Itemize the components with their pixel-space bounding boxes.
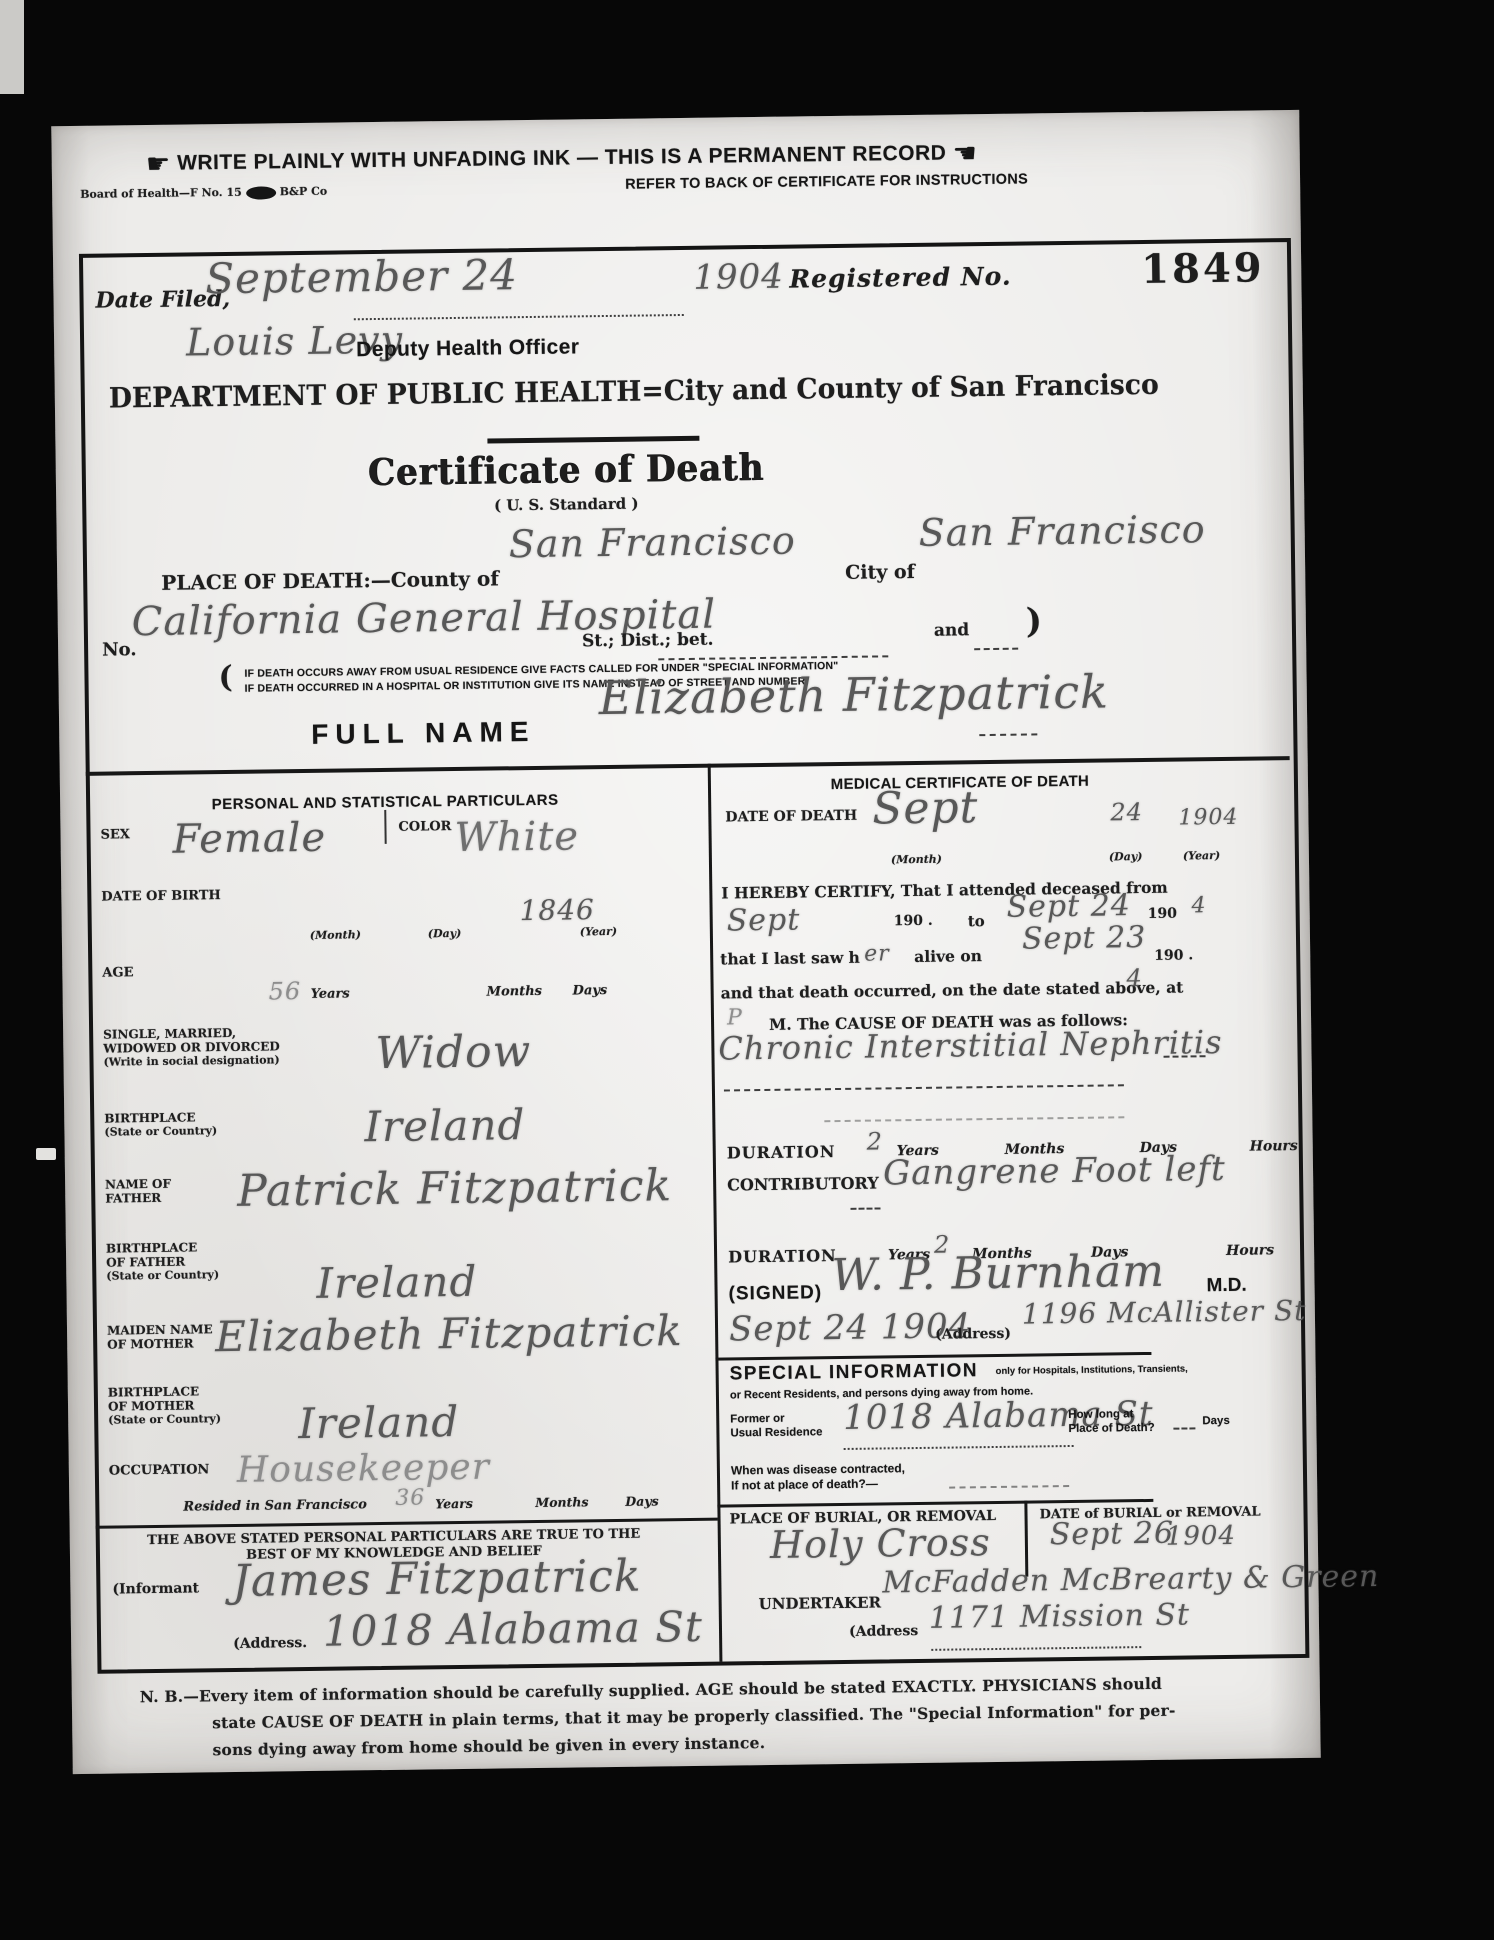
- father-name-label-line1: NAME OF: [105, 1177, 171, 1192]
- nb-footnote-line3: sons dying away from home should be give…: [212, 1733, 765, 1759]
- scanned-certificate-photo: ☛ WRITE PLAINLY WITH UNFADING INK — THIS…: [0, 0, 1494, 1940]
- sex-label: SEX: [100, 827, 130, 842]
- attended-to-year-hand: 4: [1191, 893, 1206, 918]
- refer-note: REFER TO BACK OF CERTIFICATE FOR INSTRUC…: [608, 171, 1028, 192]
- age-value: 56: [268, 977, 301, 1005]
- undertaker-address-value: 1171 Mission St: [929, 1597, 1191, 1635]
- film-edge-mark: [36, 1148, 56, 1160]
- attended-from-year: 190 .: [894, 913, 933, 930]
- last-saw-value: Sept 23: [1022, 920, 1147, 957]
- pointing-hand-left-icon: ☚: [952, 138, 977, 169]
- attended-to-value: Sept 24: [1006, 888, 1131, 925]
- duration1-label: DURATION: [727, 1142, 836, 1162]
- date-of-death-label: DATE OF DEATH: [725, 808, 857, 826]
- informant-address-label: (Address.: [233, 1635, 307, 1652]
- disease-contracted-label-line1: When was disease contracted,: [731, 1461, 905, 1477]
- informant-address-value: 1018 Alabama St: [323, 1602, 703, 1656]
- dob-month-label: (Month): [310, 928, 361, 942]
- age-label: AGE: [102, 965, 133, 980]
- county-value: San Francisco: [508, 519, 796, 567]
- occupation-value: Housekeeper: [237, 1447, 491, 1491]
- signed-label: (SIGNED): [728, 1282, 822, 1305]
- last-saw-er: er: [864, 941, 890, 966]
- attended-to-year: 190: [1148, 906, 1177, 922]
- former-residence-label-line2: Usual Residence: [730, 1426, 822, 1439]
- color-value: White: [454, 813, 579, 861]
- death-hour-value: 4: [1126, 964, 1143, 992]
- attended-from-value: Sept: [726, 903, 800, 939]
- ampm-value: P: [727, 1005, 743, 1030]
- dod-month-label: (Month): [891, 853, 942, 867]
- attended-to-label: to: [968, 912, 985, 930]
- dod-year-label: (Year): [1183, 849, 1220, 862]
- mother-name-label-line2: OF MOTHER: [107, 1336, 193, 1351]
- dob-year-label: (Year): [580, 925, 617, 938]
- marital-value: Widow: [375, 1026, 531, 1079]
- officer-title: Deputy Health Officer: [356, 335, 579, 362]
- city-value: San Francisco: [918, 507, 1206, 555]
- father-bp-label-line2: OF FATHER: [106, 1255, 185, 1270]
- informant-value: James Fitzpatrick: [232, 1551, 642, 1607]
- occupation-label: OCCUPATION: [109, 1462, 210, 1478]
- mother-bp-subnote: (State or Country): [108, 1412, 221, 1426]
- note-open-paren: (: [218, 660, 233, 695]
- date-of-burial-year: 1904: [1166, 1521, 1237, 1552]
- full-name-value: Elizabeth Fitzpatrick: [598, 664, 1109, 725]
- date-of-burial-value: Sept 26: [1050, 1516, 1175, 1553]
- resided-value: 36: [395, 1485, 425, 1510]
- board-seal-icon: [246, 186, 276, 199]
- contributory-leader: [850, 1207, 880, 1209]
- place-of-burial-value: Holy Cross: [770, 1520, 991, 1567]
- duration2-label: DURATION: [728, 1246, 837, 1266]
- resided-label: Resided in San Francisco: [183, 1497, 367, 1514]
- and-label: and: [934, 620, 970, 640]
- last-saw-prefix: that I last saw h: [720, 948, 860, 969]
- mother-bp-label-line1: BIRTHPLACE: [108, 1384, 199, 1399]
- nb-footnote-line1: N. B.—Every item of information should b…: [140, 1674, 1162, 1706]
- nb-footnote-line2: state CAUSE OF DEATH in plain terms, tha…: [212, 1701, 1176, 1733]
- sex-color-divider: [384, 810, 386, 844]
- father-bp-label-line1: BIRTHPLACE: [106, 1240, 197, 1255]
- duration1-hours-label: Hours: [1250, 1138, 1298, 1155]
- physician-signature: W. P. Burnham: [831, 1246, 1165, 1301]
- dob-day-label: (Day): [428, 927, 462, 940]
- last-saw-year: 190 .: [1154, 947, 1193, 964]
- last-saw-alive-label: alive on: [914, 946, 982, 966]
- registered-no-value: 1849: [1141, 244, 1265, 293]
- street-district-label: St.; Dist.; bet.: [582, 630, 714, 652]
- resided-years-label: Years: [435, 1496, 473, 1511]
- how-long-label-line1: How long at: [1068, 1408, 1133, 1421]
- registered-no-label: Registered No.: [789, 262, 1012, 294]
- marital-label-line3: (Write in social designation): [103, 1053, 279, 1068]
- birthplace-label: BIRTHPLACE: [104, 1110, 195, 1125]
- mother-name-label-line1: MAIDEN NAME: [107, 1322, 213, 1337]
- certificate-page: ☛ WRITE PLAINLY WITH UNFADING INK — THIS…: [51, 110, 1320, 1774]
- duration1-value: 2: [866, 1127, 883, 1155]
- age-months-label: Months: [487, 984, 542, 1000]
- duration2-hours-label: Hours: [1226, 1242, 1274, 1259]
- undertaker-label: UNDERTAKER: [759, 1594, 882, 1614]
- birthplace-value: Ireland: [364, 1100, 526, 1151]
- father-bp-value: Ireland: [316, 1257, 478, 1308]
- mother-bp-label-line2: OF MOTHER: [108, 1398, 194, 1413]
- mother-name-value: Elizabeth Fitzpatrick: [215, 1306, 683, 1361]
- father-bp-subnote: (State or Country): [106, 1268, 219, 1282]
- city-of-label: City of: [845, 561, 915, 584]
- special-info-heading: SPECIAL INFORMATION: [730, 1360, 979, 1385]
- dod-month-value: Sept: [872, 782, 979, 834]
- dod-year-value: 1904: [1178, 805, 1238, 831]
- physician-address-value: 1196 McAllister St: [1022, 1294, 1307, 1331]
- place-of-death-label: PLACE OF DEATH:—County of: [161, 566, 499, 594]
- dod-day-value: 24: [1110, 798, 1143, 826]
- pointing-hand-right-icon: ☛: [146, 149, 171, 180]
- age-days-label: Days: [573, 983, 608, 998]
- how-long-days-label: Days: [1202, 1415, 1230, 1427]
- father-name-value: Patrick Fitzpatrick: [237, 1160, 673, 1217]
- resided-days-label: Days: [625, 1493, 658, 1508]
- undertaker-address-label: (Address: [849, 1623, 918, 1640]
- close-paren: ): [1026, 601, 1043, 641]
- board-of-health-note: Board of Health—F No. 15B&P Co: [80, 185, 327, 202]
- former-residence-label-line1: Former or: [730, 1413, 784, 1426]
- date-filed-value: September 24: [205, 250, 518, 303]
- warning-text: WRITE PLAINLY WITH UNFADING INK — THIS I…: [177, 142, 947, 175]
- birthplace-subnote: (State or Country): [104, 1124, 217, 1138]
- undertaker-value: McFadden McBrearty & Green: [882, 1559, 1379, 1601]
- dob-year-value: 1846: [519, 893, 595, 927]
- color-label: COLOR: [398, 819, 451, 835]
- sex-value: Female: [172, 815, 326, 863]
- dob-label: DATE OF BIRTH: [101, 888, 221, 905]
- board-text: Board of Health—F No. 15: [80, 186, 242, 201]
- disease-contracted-label-line2: If not at place of death?—: [731, 1477, 878, 1493]
- physician-address-label: (Address): [935, 1326, 1011, 1343]
- contributory-value: Gangrene Foot left: [883, 1149, 1226, 1193]
- mother-bp-value: Ireland: [298, 1397, 460, 1448]
- resided-months-label: Months: [535, 1494, 588, 1510]
- dod-day-label: (Day): [1109, 850, 1143, 863]
- how-long-label-line2: Place of Death?: [1068, 1422, 1154, 1435]
- father-name-label-line2: FATHER: [105, 1191, 161, 1206]
- days-leader: [1173, 1427, 1195, 1429]
- full-name-label: FULL NAME: [311, 716, 536, 751]
- cause-of-death-value: Chronic Interstitial Nephritis: [718, 1023, 1223, 1068]
- age-years-label: Years: [311, 986, 350, 1002]
- contributory-label: CONTRIBUTORY: [727, 1173, 879, 1194]
- informant-label: (Informant: [112, 1580, 199, 1597]
- film-edge-sliver: [0, 0, 24, 94]
- printer-text: B&P Co: [280, 185, 328, 199]
- date-filed-year: 1904: [693, 257, 784, 298]
